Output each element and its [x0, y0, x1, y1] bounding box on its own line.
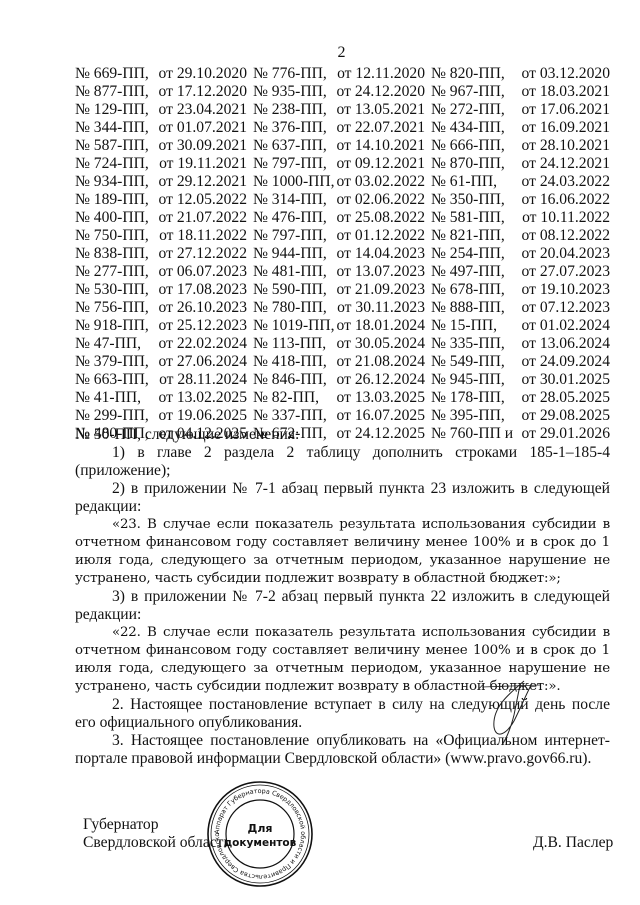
- decree-number: № 178-ПП,: [431, 389, 505, 407]
- decree-date: от 27.07.2023: [522, 263, 610, 281]
- decree-number: № 587-ПП,: [75, 137, 149, 155]
- decree-date: от 18.11.2022: [159, 227, 247, 245]
- decree-entry: № 669-ПП,от 29.10.2020: [75, 65, 253, 83]
- decree-date: от 25.12.2023: [159, 317, 247, 335]
- decree-date: от 13.02.2025: [159, 389, 247, 407]
- decree-date: от 03.12.2020: [522, 65, 610, 83]
- decree-entry: № 918-ПП,от 25.12.2023: [75, 317, 253, 335]
- decree-number: № 820-ПП,: [431, 65, 505, 83]
- decree-number: № 888-ПП,: [431, 299, 505, 317]
- decree-entry: № 756-ПП,от 26.10.2023: [75, 299, 253, 317]
- decree-entry: № 797-ПП,от 01.12.2022: [253, 227, 431, 245]
- decree-entry: № 47-ПП,от 22.02.2024: [75, 335, 253, 353]
- decree-entry: № 481-ПП,от 13.07.2023: [253, 263, 431, 281]
- decree-date: от 21.09.2023: [337, 281, 425, 299]
- decree-entry: № 870-ПП,от 24.12.2021: [431, 155, 610, 173]
- decree-number: № 821-ПП,: [431, 227, 505, 245]
- decree-date: от 08.12.2022: [522, 227, 610, 245]
- decree-number: № 189-ПП,: [75, 191, 149, 209]
- decree-number: № 434-ПП,: [431, 119, 505, 137]
- decree-entry: № 549-ПП,от 24.09.2024: [431, 353, 610, 371]
- decree-entry: № 238-ПП,от 13.05.2021: [253, 101, 431, 119]
- decree-row: № 129-ПП,от 23.04.2021№ 238-ПП,от 13.05.…: [75, 101, 610, 119]
- decree-row: № 41-ПП,от 13.02.2025№ 82-ПП,от 13.03.20…: [75, 389, 610, 407]
- svg-text:Для: Для: [248, 822, 273, 835]
- decree-row: № 756-ПП,от 26.10.2023№ 780-ПП,от 30.11.…: [75, 299, 610, 317]
- decree-number: № 756-ПП,: [75, 299, 149, 317]
- amendment-item-2: 2) в приложении № 7-1 абзац первый пункт…: [75, 480, 610, 516]
- decree-entry: № 418-ПП,от 21.08.2024: [253, 353, 431, 371]
- decree-number: № 797-ПП,: [253, 155, 327, 173]
- decree-number: № 934-ПП,: [75, 173, 149, 191]
- decree-date: от 01.02.2024: [522, 317, 610, 335]
- decree-date: от 30.05.2024: [337, 335, 425, 353]
- decree-date: от 29.12.2021: [159, 173, 247, 191]
- decree-date: от 30.01.2025: [522, 371, 610, 389]
- decree-entry: № 944-ПП,от 14.04.2023: [253, 245, 431, 263]
- decree-number: № 335-ПП,: [431, 335, 505, 353]
- decree-number: № 780-ПП,: [253, 299, 327, 317]
- decree-row: № 669-ПП,от 29.10.2020№ 776-ПП,от 12.11.…: [75, 65, 610, 83]
- decree-number: № 418-ПП,: [253, 353, 327, 371]
- decree-entry: № 637-ПП,от 14.10.2021: [253, 137, 431, 155]
- handwritten-signature-icon: [480, 675, 550, 755]
- decree-date: от 30.09.2021: [159, 137, 247, 155]
- decree-number: № 299-ПП,: [75, 407, 149, 425]
- decree-entry: № 821-ПП,от 08.12.2022: [431, 227, 610, 245]
- decree-entry: № 724-ПП,от 19.11.2021: [75, 155, 253, 173]
- decree-row: № 299-ПП,от 19.06.2025№ 337-ПП,от 16.07.…: [75, 407, 610, 425]
- amendment-item-1: 1) в главе 2 раздела 2 таблицу дополнить…: [75, 444, 610, 480]
- decree-number: № 400-ПП,: [75, 209, 149, 227]
- decree-date: от 19.11.2021: [159, 155, 247, 173]
- decree-date: от 16.09.2021: [522, 119, 610, 137]
- decree-date: от 10.11.2022: [522, 209, 610, 227]
- decree-number: № 379-ПП,: [75, 353, 149, 371]
- decree-row: № 663-ПП,от 28.11.2024№ 846-ПП,от 26.12.…: [75, 371, 610, 389]
- decree-entry: № 663-ПП,от 28.11.2024: [75, 371, 253, 389]
- decree-entry: № 41-ПП,от 13.02.2025: [75, 389, 253, 407]
- decree-entry: № 967-ПП,от 18.03.2021: [431, 83, 610, 101]
- decree-date: от 23.04.2021: [159, 101, 247, 119]
- decree-entry: № 581-ПП,от 10.11.2022: [431, 209, 610, 227]
- decree-date: от 03.02.2022: [337, 173, 425, 191]
- decree-date: от 22.07.2021: [337, 119, 425, 137]
- decree-number: № 238-ПП,: [253, 101, 327, 119]
- decree-number: № 945-ПП,: [431, 371, 505, 389]
- svg-text:документов: документов: [224, 837, 297, 849]
- decree-entry: № 780-ПП,от 30.11.2023: [253, 299, 431, 317]
- decree-date: от 13.03.2025: [337, 389, 425, 407]
- decree-number: № 846-ПП,: [253, 371, 327, 389]
- decree-row: № 530-ПП,от 17.08.2023№ 590-ПП,от 21.09.…: [75, 281, 610, 299]
- decree-entry: № 395-ПП,от 29.08.2025: [431, 407, 610, 425]
- decree-date: от 25.08.2022: [337, 209, 425, 227]
- decree-row: № 587-ПП,от 30.09.2021№ 637-ПП,от 14.10.…: [75, 137, 610, 155]
- decree-entry: № 838-ПП,от 27.12.2022: [75, 245, 253, 263]
- decree-number: № 41-ПП,: [75, 389, 141, 407]
- decree-date: от 09.12.2021: [337, 155, 425, 173]
- decree-date: от 01.07.2021: [159, 119, 247, 137]
- decree-row: № 724-ПП,от 19.11.2021№ 797-ПП,от 09.12.…: [75, 155, 610, 173]
- decree-entry: № 678-ПП,от 19.10.2023: [431, 281, 610, 299]
- decree-date: от 17.08.2023: [159, 281, 247, 299]
- decree-date: от 12.05.2022: [159, 191, 247, 209]
- decree-entry: № 820-ПП,от 03.12.2020: [431, 65, 610, 83]
- decree-entry: № 178-ПП,от 28.05.2025: [431, 389, 610, 407]
- decree-entry: № 337-ПП,от 16.07.2025: [253, 407, 431, 425]
- decree-date: от 13.07.2023: [337, 263, 425, 281]
- decree-date: от 12.11.2020: [337, 65, 425, 83]
- decree-number: № 666-ПП,: [431, 137, 505, 155]
- decree-date: от 28.05.2025: [522, 389, 610, 407]
- decree-number: № 395-ПП,: [431, 407, 505, 425]
- decree-entry: № 350-ПП,от 16.06.2022: [431, 191, 610, 209]
- decree-entry: № 666-ПП,от 28.10.2021: [431, 137, 610, 155]
- decree-date: от 06.07.2023: [159, 263, 247, 281]
- decree-row: № 277-ПП,от 06.07.2023№ 481-ПП,от 13.07.…: [75, 263, 610, 281]
- decree-number: № 838-ПП,: [75, 245, 149, 263]
- decree-number: № 129-ПП,: [75, 101, 149, 119]
- decree-row: № 400-ПП,от 21.07.2022№ 476-ПП,от 25.08.…: [75, 209, 610, 227]
- decree-date: от 28.10.2021: [522, 137, 610, 155]
- decree-entry: № 434-ПП,от 16.09.2021: [431, 119, 610, 137]
- decree-date: от 24.09.2024: [522, 353, 610, 371]
- decree-entry: № 400-ПП,от 21.07.2022: [75, 209, 253, 227]
- decree-date: от 13.05.2021: [337, 101, 425, 119]
- decree-date: от 18.03.2021: [522, 83, 610, 101]
- decree-date: от 14.04.2023: [337, 245, 425, 263]
- decree-number: № 663-ПП,: [75, 371, 149, 389]
- quoted-clause-23: «23. В случае если показатель результата…: [75, 516, 610, 588]
- decree-entry: № 530-ПП,от 17.08.2023: [75, 281, 253, 299]
- decree-entry: № 797-ПП,от 09.12.2021: [253, 155, 431, 173]
- decree-entry: № 945-ПП,от 30.01.2025: [431, 371, 610, 389]
- decree-entry: № 82-ПП,от 13.03.2025: [253, 389, 431, 407]
- decree-number: № 678-ПП,: [431, 281, 505, 299]
- decree-entry: № 1019-ПП,от 18.01.2024: [253, 317, 431, 335]
- decree-date: от 17.06.2021: [522, 101, 610, 119]
- official-stamp-icon: Аппарат Губернатора Свердловской области…: [206, 780, 314, 888]
- decree-number: № 549-ПП,: [431, 353, 505, 371]
- decree-number: № 918-ПП,: [75, 317, 149, 335]
- decree-number: № 669-ПП,: [75, 65, 149, 83]
- decree-number: № 82-ПП,: [253, 389, 319, 407]
- decree-date: от 24.12.2020: [337, 83, 425, 101]
- decree-date: от 21.08.2024: [337, 353, 425, 371]
- decree-entry: № 113-ПП,от 30.05.2024: [253, 335, 431, 353]
- decree-entry: № 15-ПП,от 01.02.2024: [431, 317, 610, 335]
- decree-number: № 944-ПП,: [253, 245, 327, 263]
- decree-number: № 497-ПП,: [431, 263, 505, 281]
- decree-date: от 29.10.2020: [159, 65, 247, 83]
- decree-entry: № 934-ПП,от 29.12.2021: [75, 173, 253, 191]
- decree-date: от 16.06.2022: [522, 191, 610, 209]
- decree-row: № 344-ПП,от 01.07.2021№ 376-ПП,от 22.07.…: [75, 119, 610, 137]
- signatory-name: Д.В. Паслер: [533, 834, 613, 852]
- decree-list: № 669-ПП,от 29.10.2020№ 776-ПП,от 12.11.…: [75, 65, 610, 443]
- decree-number: № 1000-ПП,: [253, 173, 335, 191]
- decree-number: № 113-ПП,: [253, 335, 326, 353]
- decree-number: № 15-ПП,: [431, 317, 497, 335]
- decree-entry: № 497-ПП,от 27.07.2023: [431, 263, 610, 281]
- decree-entry: № 750-ПП,от 18.11.2022: [75, 227, 253, 245]
- decree-number: № 1019-ПП,: [253, 317, 335, 335]
- decree-number: № 637-ПП,: [253, 137, 327, 155]
- decree-row: № 379-ПП,от 27.06.2024№ 418-ПП,от 21.08.…: [75, 353, 610, 371]
- decree-number: № 750-ПП,: [75, 227, 149, 245]
- decree-date: от 30.11.2023: [337, 299, 425, 317]
- decree-date: от 24.03.2022: [522, 173, 610, 191]
- decree-row: № 838-ПП,от 27.12.2022№ 944-ПП,от 14.04.…: [75, 245, 610, 263]
- decree-row: № 750-ПП,от 18.11.2022№ 797-ПП,от 01.12.…: [75, 227, 610, 245]
- decree-number: № 476-ПП,: [253, 209, 327, 227]
- decree-row: № 189-ПП,от 12.05.2022№ 314-ПП,от 02.06.…: [75, 191, 610, 209]
- decree-date: от 21.07.2022: [159, 209, 247, 227]
- decree-date: от 27.12.2022: [159, 245, 247, 263]
- decree-date: от 14.10.2021: [337, 137, 425, 155]
- decree-number: № 272-ПП,: [431, 101, 505, 119]
- decree-entry: № 277-ПП,от 06.07.2023: [75, 263, 253, 281]
- decree-date: от 07.12.2023: [522, 299, 610, 317]
- decree-number: № 581-ПП,: [431, 209, 505, 227]
- decree-number: № 877-ПП,: [75, 83, 149, 101]
- decree-date: от 13.06.2024: [522, 335, 610, 353]
- decree-number: № 350-ПП,: [431, 191, 505, 209]
- decree-number: № 47-ПП,: [75, 335, 141, 353]
- decree-entry: № 877-ПП,от 17.12.2020: [75, 83, 253, 101]
- decree-number: № 344-ПП,: [75, 119, 149, 137]
- decree-date: от 17.12.2020: [159, 83, 247, 101]
- decree-date: от 16.07.2025: [337, 407, 425, 425]
- decree-date: от 02.06.2022: [337, 191, 425, 209]
- decree-number: № 314-ПП,: [253, 191, 327, 209]
- decree-number: № 724-ПП,: [75, 155, 149, 173]
- decree-number: № 337-ПП,: [253, 407, 327, 425]
- decree-row: № 47-ПП,от 22.02.2024№ 113-ПП,от 30.05.2…: [75, 335, 610, 353]
- decree-date: от 22.02.2024: [159, 335, 247, 353]
- decree-date: от 26.10.2023: [159, 299, 247, 317]
- decree-row: № 877-ПП,от 17.12.2020№ 935-ПП,от 24.12.…: [75, 83, 610, 101]
- decree-entry: № 129-ПП,от 23.04.2021: [75, 101, 253, 119]
- decree-number: № 254-ПП,: [431, 245, 505, 263]
- decree-date: от 24.12.2021: [522, 155, 610, 173]
- decree-row: № 918-ПП,от 25.12.2023№ 1019-ПП,от 18.01…: [75, 317, 610, 335]
- decree-entry: № 344-ПП,от 01.07.2021: [75, 119, 253, 137]
- lead-in: № 50-ПП, следующие изменения:: [75, 426, 610, 444]
- decree-number: № 935-ПП,: [253, 83, 327, 101]
- decree-row: № 934-ПП,от 29.12.2021№ 1000-ПП,от 03.02…: [75, 173, 610, 191]
- decree-entry: № 376-ПП,от 22.07.2021: [253, 119, 431, 137]
- decree-number: № 530-ПП,: [75, 281, 149, 299]
- decree-entry: № 61-ПП,от 24.03.2022: [431, 173, 610, 191]
- decree-entry: № 846-ПП,от 26.12.2024: [253, 371, 431, 389]
- decree-number: № 481-ПП,: [253, 263, 327, 281]
- decree-entry: № 935-ПП,от 24.12.2020: [253, 83, 431, 101]
- amendment-item-3: 3) в приложении № 7-2 абзац первый пункт…: [75, 588, 610, 624]
- decree-date: от 27.06.2024: [159, 353, 247, 371]
- decree-entry: № 299-ПП,от 19.06.2025: [75, 407, 253, 425]
- decree-entry: № 888-ПП,от 07.12.2023: [431, 299, 610, 317]
- decree-date: от 19.10.2023: [522, 281, 610, 299]
- decree-number: № 590-ПП,: [253, 281, 327, 299]
- decree-entry: № 1000-ПП,от 03.02.2022: [253, 173, 431, 191]
- decree-entry: № 379-ПП,от 27.06.2024: [75, 353, 253, 371]
- decree-entry: № 587-ПП,от 30.09.2021: [75, 137, 253, 155]
- decree-entry: № 314-ПП,от 02.06.2022: [253, 191, 431, 209]
- decree-date: от 29.08.2025: [522, 407, 610, 425]
- decree-number: № 376-ПП,: [253, 119, 327, 137]
- decree-number: № 61-ПП,: [431, 173, 497, 191]
- decree-number: № 277-ПП,: [75, 263, 149, 281]
- decree-date: от 20.04.2023: [522, 245, 610, 263]
- decree-number: № 967-ПП,: [431, 83, 505, 101]
- decree-entry: № 776-ПП,от 12.11.2020: [253, 65, 431, 83]
- decree-entry: № 590-ПП,от 21.09.2023: [253, 281, 431, 299]
- page-number: 2: [0, 44, 640, 62]
- decree-number: № 797-ПП,: [253, 227, 327, 245]
- decree-entry: № 272-ПП,от 17.06.2021: [431, 101, 610, 119]
- decree-entry: № 335-ПП,от 13.06.2024: [431, 335, 610, 353]
- decree-entry: № 189-ПП,от 12.05.2022: [75, 191, 253, 209]
- decree-entry: № 476-ПП,от 25.08.2022: [253, 209, 431, 227]
- decree-date: от 26.12.2024: [337, 371, 425, 389]
- decree-number: № 776-ПП,: [253, 65, 327, 83]
- decree-date: от 28.11.2024: [159, 371, 247, 389]
- decree-entry: № 254-ПП,от 20.04.2023: [431, 245, 610, 263]
- decree-date: от 18.01.2024: [337, 317, 425, 335]
- decree-number: № 870-ПП,: [431, 155, 505, 173]
- decree-date: от 19.06.2025: [159, 407, 247, 425]
- decree-date: от 01.12.2022: [337, 227, 425, 245]
